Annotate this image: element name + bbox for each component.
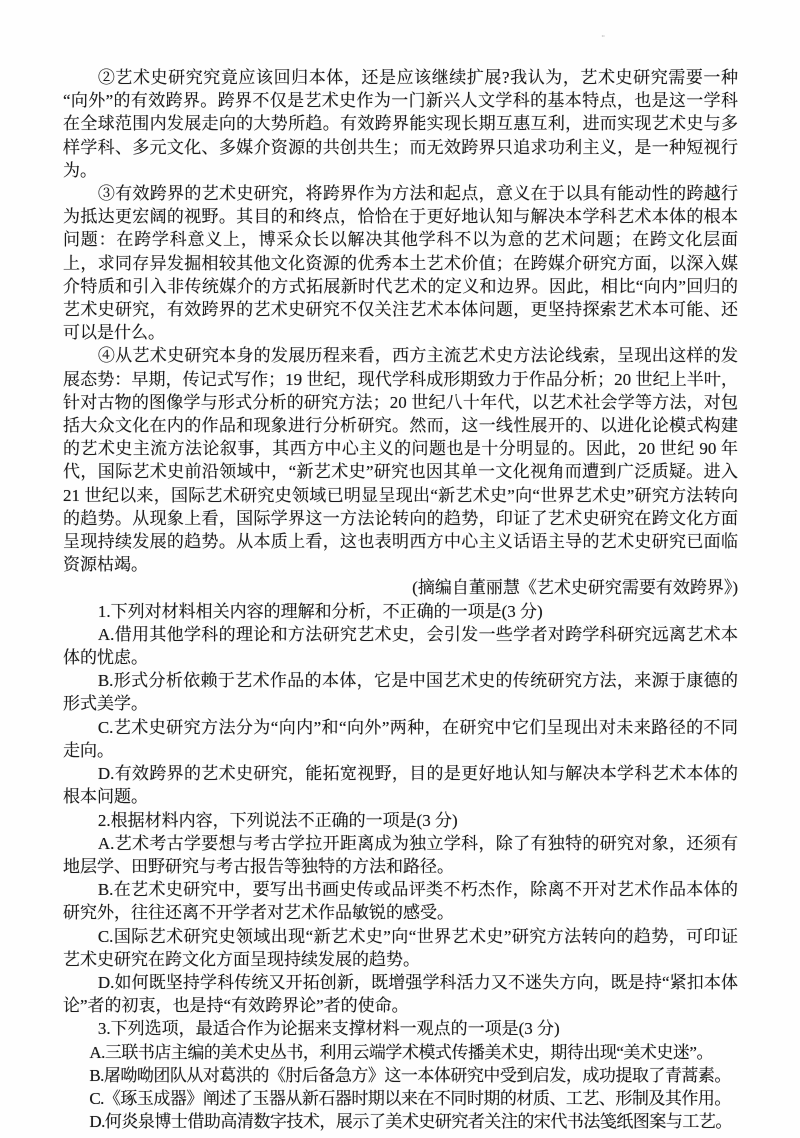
passage-para-4: ④从艺术史研究本身的发展历程来看，西方主流艺术史方法论线索，呈现出这样的发展态势… bbox=[63, 344, 738, 576]
question-3-option-b: B.屠呦呦团队从对葛洪的《肘后备急方》这一本体研究中受到启发，成功提取了青蒿素。 bbox=[63, 1064, 738, 1087]
question-1-option-b: B.形式分析依赖于艺术作品的本体，它是中国艺术史的传统研究方法，来源于康德的形式… bbox=[63, 669, 738, 715]
question-1-stem: 1.下列对材料相关内容的理解和分析，不正确的一项是(3 分) bbox=[63, 600, 738, 623]
question-2-option-d: D.如何既坚持学科传统又开拓创新，既增强学科活力又不迷失方向，既是持“紧扣本体论… bbox=[63, 971, 738, 1017]
document-text-block: ②艺术史研究究竟应该回归本体，还是应该继续扩展?我认为，艺术史研究需要一种“向外… bbox=[63, 66, 738, 1133]
scanned-exam-page: ·· ②艺术史研究究竟应该回归本体，还是应该继续扩展?我认为，艺术史研究需要一种… bbox=[0, 0, 800, 1138]
question-3-option-a: A.三联书店主编的美术史丛书，利用云端学术模式传播美术史，期待出现“美术史迷”。 bbox=[63, 1041, 738, 1064]
question-2-option-b: B.在艺术史研究中，要写出书画史传或品评类不朽杰作，除离不开对艺术作品本体的研究… bbox=[63, 878, 738, 924]
question-2-stem: 2.根据材料内容，下列说法不正确的一项是(3 分) bbox=[63, 809, 738, 832]
question-3-stem: 3.下列选项，最适合作为论据来支撑材料一观点的一项是(3 分) bbox=[63, 1017, 738, 1040]
question-2-option-c: C.国际艺术研究史领域出现“新艺术史”向“世界艺术史”研究方法转向的趋势，可印证… bbox=[63, 925, 738, 971]
question-3-option-c: C.《琢玉成器》阐述了玉器从新石器时期以来在不同时期的材质、工艺、形制及其作用。 bbox=[63, 1087, 738, 1110]
source-attribution: (摘编自董丽慧《艺术史研究需要有效跨界》) bbox=[63, 576, 738, 599]
passage-para-2: ②艺术史研究究竟应该回归本体，还是应该继续扩展?我认为，艺术史研究需要一种“向外… bbox=[63, 66, 738, 182]
question-3-option-d: D.何炎泉博士借助高清数字技术，展示了美术史研究者关注的宋代书法笺纸图案与工艺。 bbox=[63, 1110, 738, 1133]
passage-para-3: ③有效跨界的艺术史研究，将跨界作为方法和起点，意义在于以具有能动性的跨越行为抵达… bbox=[63, 182, 738, 344]
question-1-option-c: C.艺术史研究方法分为“向内”和“向外”两种，在研究中它们呈现出对未来路径的不同… bbox=[63, 716, 738, 762]
scan-artifact-speck: ·· bbox=[601, 33, 604, 41]
question-1-option-d: D.有效跨界的艺术史研究，能拓宽视野，目的是更好地认知与解决本学科艺术本体的根本… bbox=[63, 762, 738, 808]
question-2-option-a: A.艺术考古学要想与考古学拉开距离成为独立学科，除了有独特的研究对象，还须有地层… bbox=[63, 832, 738, 878]
question-1-option-a: A.借用其他学科的理论和方法研究艺术史，会引发一些学者对跨学科研究远离艺术本体的… bbox=[63, 623, 738, 669]
